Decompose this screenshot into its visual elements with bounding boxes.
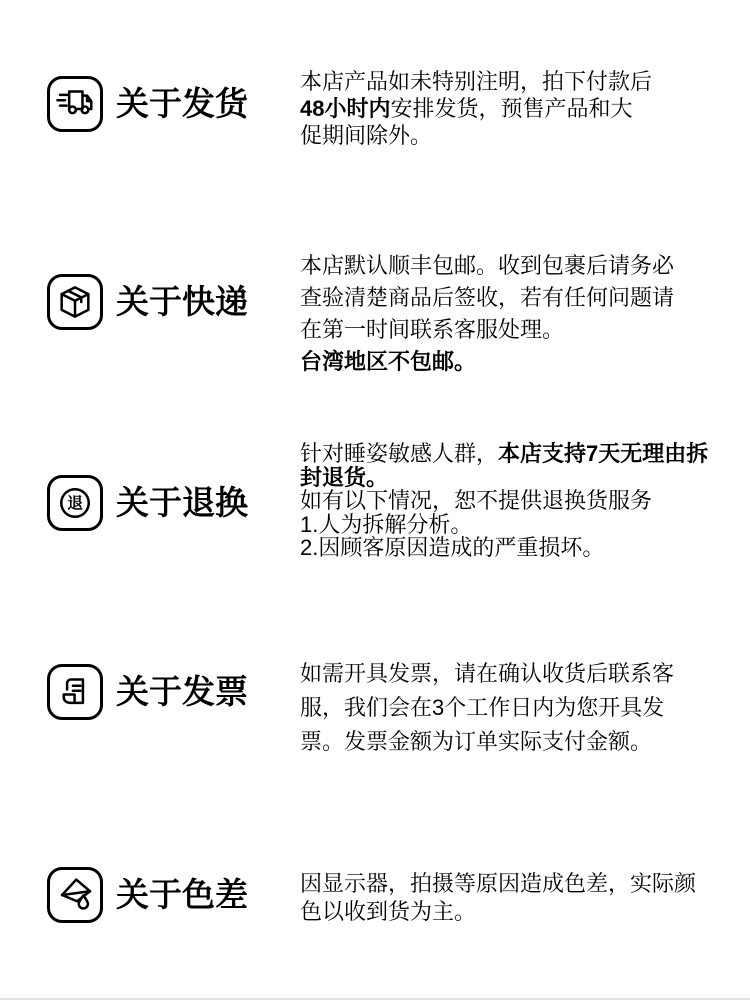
text-line: 台湾地区不包邮。 [300, 346, 725, 378]
section-icon-row: 关于发货 [47, 76, 248, 132]
package-icon [47, 274, 103, 330]
section-text: 本店产品如未特别注明，拍下付款后48小时内安排发货，预售产品和大促期间除外。 [300, 68, 725, 149]
truck-icon [47, 76, 103, 132]
section-icon-row: 关于发票 [47, 664, 248, 720]
receipt-icon [47, 664, 103, 720]
section-text: 本店默认顺丰包邮。收到包裹后请务必查验清楚商品后签收，若有任何问题请在第一时间联… [300, 250, 725, 378]
section-title: 关于快递 [116, 276, 248, 323]
text-line: 因显示器，拍摄等原因造成色差，实际颜 [300, 870, 725, 898]
section-text: 针对睡姿敏感人群，本店支持7天无理由拆封退货。如有以下情况，恕不提供退换货服务1… [300, 442, 725, 560]
text-line: 票。发票金额为订单实际支付金额。 [300, 725, 725, 759]
section-text: 因显示器，拍摄等原因造成色差，实际颜色以收到货为主。 [300, 870, 725, 926]
text-line: 促期间除外。 [300, 122, 725, 149]
section-title: 关于发票 [116, 666, 248, 713]
text-line: 在第一时间联系客服处理。 [300, 314, 725, 346]
text-line: 48小时内安排发货，预售产品和大 [300, 95, 725, 122]
text-line: 本店默认顺丰包邮。收到包裹后请务必 [300, 250, 725, 282]
text-line: 色以收到货为主。 [300, 898, 725, 926]
text-line: 本店产品如未特别注明，拍下付款后 [300, 68, 725, 95]
return-stamp-icon: 退 [47, 475, 103, 531]
text-line: 服，我们会在3个工作日内为您开具发 [300, 691, 725, 725]
section-title: 关于色差 [116, 869, 248, 916]
text-line: 针对睡姿敏感人群，本店支持7天无理由拆 [300, 442, 725, 466]
text-line: 2.因顾客原因造成的严重损坏。 [300, 536, 725, 560]
paint-drop-icon [47, 867, 103, 923]
text-line: 如需开具发票，请在确认收货后联系客 [300, 657, 725, 691]
text-line: 如有以下情况，恕不提供退换货服务 [300, 489, 725, 513]
section-icon-row: 关于色差 [47, 867, 248, 923]
notice-page: 关于发货 本店产品如未特别注明，拍下付款后48小时内安排发货，预售产品和大促期间… [0, 0, 750, 1000]
text-line: 1.人为拆解分析。 [300, 513, 725, 537]
text-line: 封退货。 [300, 466, 725, 490]
section-icon-row: 退 关于退换 [47, 475, 248, 531]
svg-text:退: 退 [67, 494, 83, 512]
section-title: 关于退换 [116, 477, 248, 524]
section-title: 关于发货 [116, 78, 248, 125]
section-text: 如需开具发票，请在确认收货后联系客服，我们会在3个工作日内为您开具发票。发票金额… [300, 657, 725, 759]
section-icon-row: 关于快递 [47, 274, 248, 330]
text-line: 查验清楚商品后签收，若有任何问题请 [300, 282, 725, 314]
